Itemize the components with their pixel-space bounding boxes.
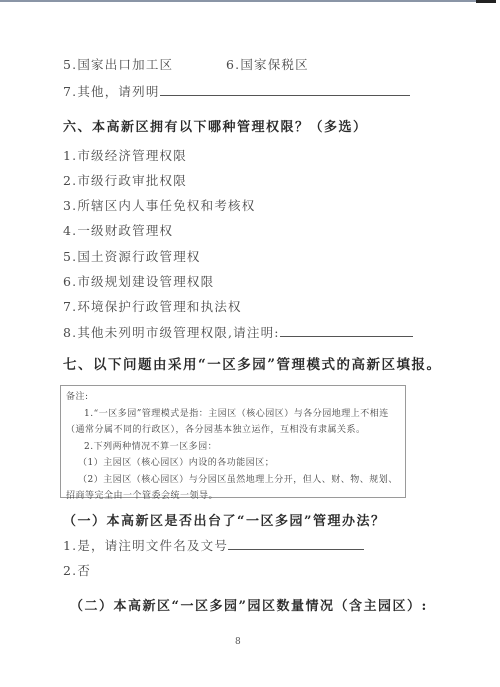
section-6-option-7[interactable]: 7.环境保护行政管理和执法权 (63, 299, 242, 315)
section-6-option-8[interactable]: 8.其他未列明市级管理权限,请注明: (63, 324, 413, 341)
section-6-option-5[interactable]: 5.国土资源行政管理权 (63, 249, 201, 265)
option-label: 7.其他，请列明 (63, 84, 160, 99)
section-6-option-3[interactable]: 3.所辖区内人事任免权和考核权 (63, 198, 255, 214)
question-7-2-heading: （二）本高新区“一区多园”园区数量情况（含主园区）: (70, 599, 428, 615)
question-7-1-option-yes[interactable]: 1.是，请注明文件名及文号 (63, 537, 364, 554)
question-7-1-option-no[interactable]: 2.否 (63, 563, 91, 579)
scan-corner-mark (476, 0, 496, 3)
remarks-line-5: （2）主园区（核心园区）与分园区虽然地理上分开，但人、财、物、规划、 (66, 472, 400, 489)
section-6-option-6[interactable]: 6.市级规划建设管理权限 (63, 274, 214, 290)
section-7-heading: 七、以下问题由采用“一区多园”管理模式的高新区填报。 (63, 357, 442, 373)
section-6-option-2[interactable]: 2.市级行政审批权限 (63, 173, 187, 189)
document-name-fill-blank[interactable] (228, 537, 364, 550)
option-label: 5.国家出口加工区 (63, 57, 173, 72)
section-6-option-4[interactable]: 4.一级财政管理权 (63, 223, 173, 239)
option-other[interactable]: 7.其他，请列明 (63, 83, 410, 100)
other-powers-fill-blank[interactable] (280, 324, 413, 337)
question-7-1-heading: （一）本高新区是否出台了“一区多园”管理办法？ (63, 514, 385, 530)
remarks-label: 备注: (66, 389, 400, 406)
option-label: 6.国家保税区 (226, 57, 309, 72)
remarks-line-4: （1）主园区（核心园区）内设的各功能园区； (66, 455, 400, 472)
option-bonded-zone[interactable]: 6.国家保税区 (226, 57, 309, 73)
remarks-line-3: 2.下列两种情况不算一区多园： (66, 439, 400, 456)
page-number: 8 (235, 637, 241, 647)
option-label: 1.是，请注明文件名及文号 (63, 538, 228, 553)
option-label: 8.其他未列明市级管理权限,请注明: (63, 325, 280, 340)
section-6-heading: 六、本高新区拥有以下哪种管理权限？（多选） (63, 120, 368, 136)
remarks-line-1: 1.“一区多园”管理模式是指：主园区（核心园区）与各分园地理上不相连 (66, 406, 400, 423)
section-6-option-1[interactable]: 1.市级经济管理权限 (63, 148, 187, 164)
remarks-box: 备注: 1.“一区多园”管理模式是指：主园区（核心园区）与各分园地理上不相连 （… (60, 385, 406, 498)
option-export-processing-zone[interactable]: 5.国家出口加工区 (63, 57, 173, 73)
remarks-line-6: 招商等完全由一个管委会统一领导。 (66, 488, 400, 505)
other-fill-blank[interactable] (160, 83, 410, 96)
remarks-line-2: （通常分属不同的行政区），各分园基本独立运作，互相没有隶属关系。 (66, 422, 400, 439)
scan-top-edge (0, 0, 476, 2)
